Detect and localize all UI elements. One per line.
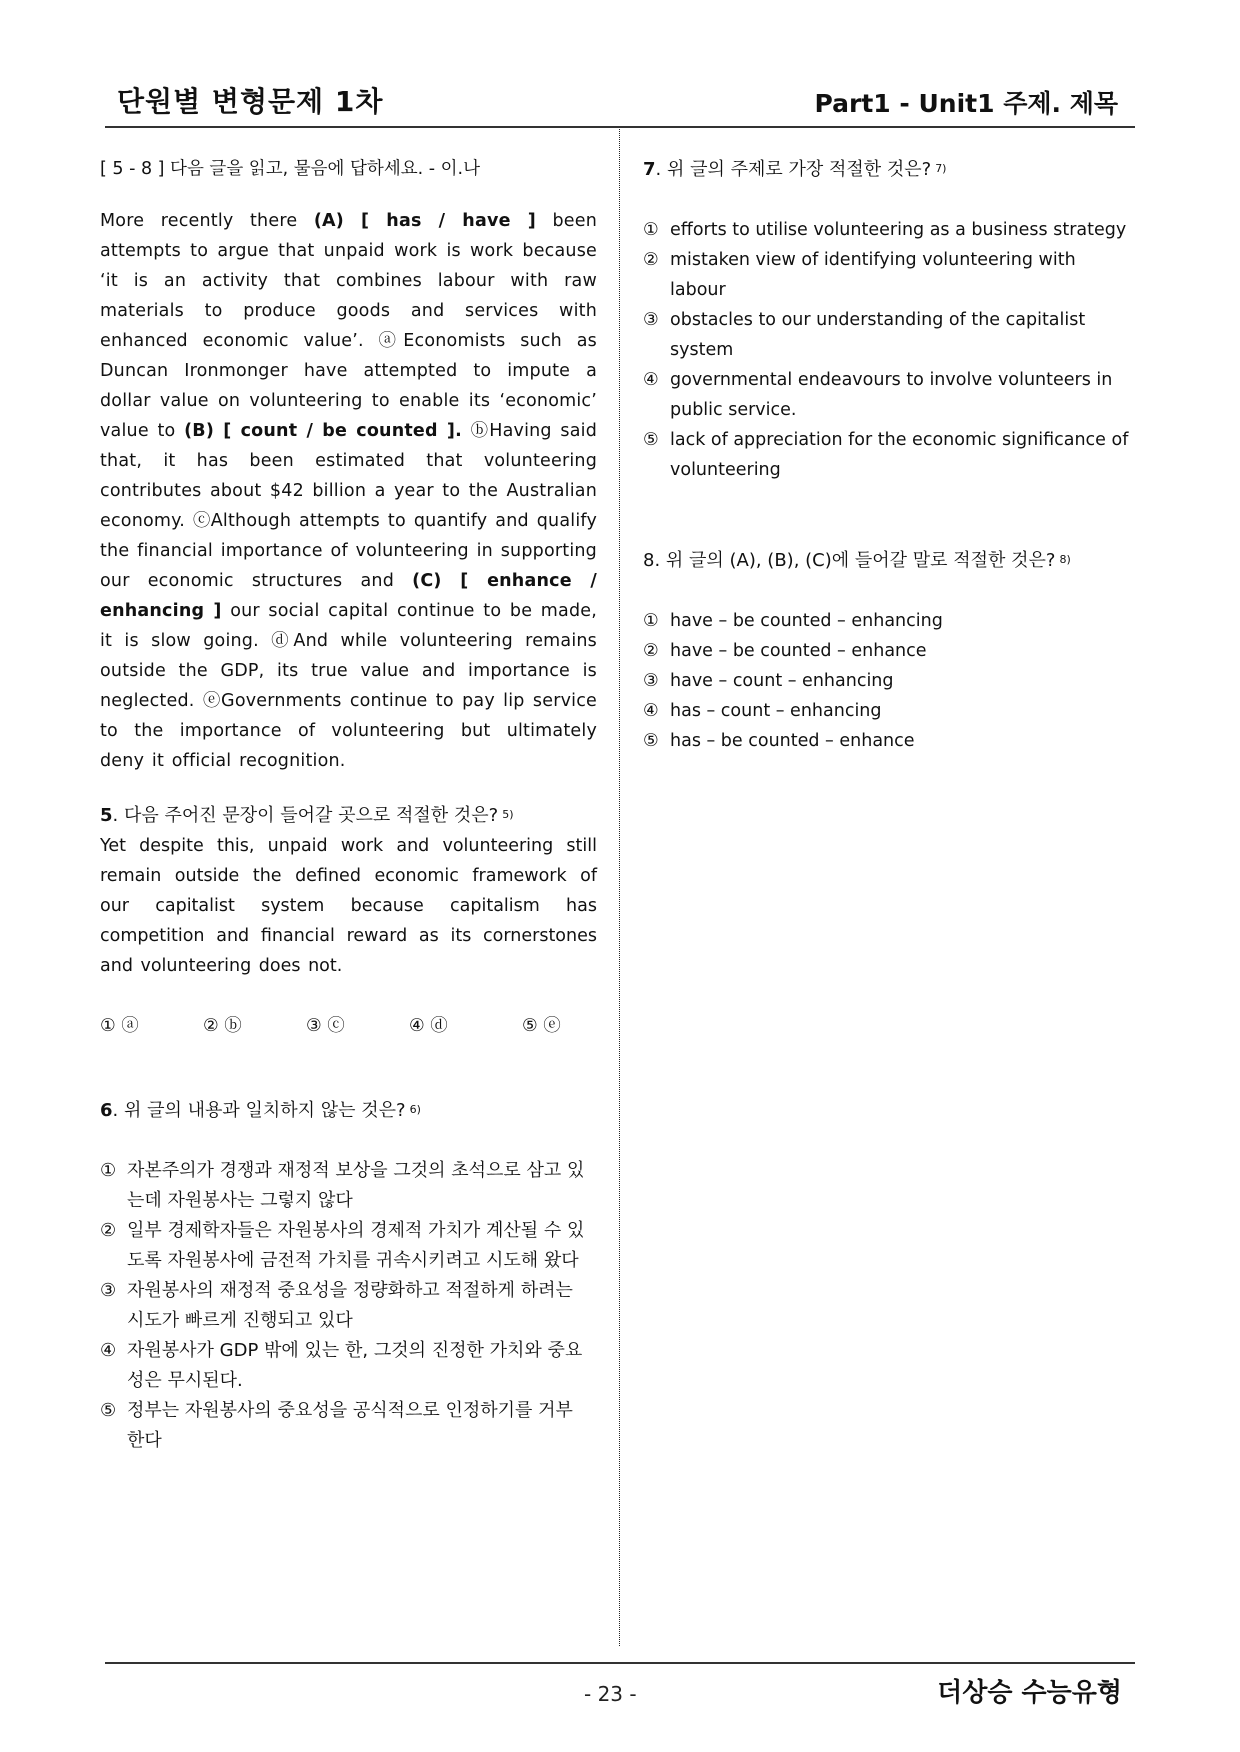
passage-text: our social capital continue to be made, … <box>100 601 597 771</box>
question-number: 7 <box>643 159 656 180</box>
option-number: ④ <box>100 1336 127 1396</box>
right-column: 7. 위 글의 주제로 가장 적절한 것은?7) ①efforts to uti… <box>643 154 1138 756</box>
question-7: 7. 위 글의 주제로 가장 적절한 것은?7) ①efforts to uti… <box>643 154 1138 485</box>
option-text: 일부 경제학자들은 자원봉사의 경제적 가치가 계산될 수 있도록 자원봉사에 … <box>127 1216 590 1276</box>
option-1[interactable]: ①efforts to utilise volunteering as a bu… <box>643 215 1138 245</box>
option-number: ④ <box>643 365 670 425</box>
footnote-marker: 7) <box>935 162 946 175</box>
question-5: 5. 다음 주어진 문장이 들어갈 곳으로 적절한 것은?5) Yet desp… <box>100 800 597 1041</box>
passage-text: More recently there <box>100 211 314 231</box>
footnote-marker: 8) <box>1059 553 1070 566</box>
blank-a: (A) [ has / have ] <box>314 211 536 231</box>
question-number: 8 <box>643 550 654 571</box>
publisher-brand: 더상승 수능유형 <box>937 1672 1122 1709</box>
option-4[interactable]: ④governmental endeavours to involve volu… <box>643 365 1138 425</box>
option-2[interactable]: ②일부 경제학자들은 자원봉사의 경제적 가치가 계산될 수 있도록 자원봉사에… <box>100 1216 590 1276</box>
option-number: ① <box>100 1156 127 1216</box>
answer-options: ①have – be counted – enhancing ②have – b… <box>643 606 1138 756</box>
document-title: 단원별 변형문제 1차 <box>117 80 383 120</box>
option-5[interactable]: ⑤lack of appreciation for the economic s… <box>643 425 1138 485</box>
option-number: ③ <box>643 305 670 365</box>
option-4[interactable]: ④ ⓓ <box>409 1011 522 1041</box>
blank-b: (B) [ count / be counted ]. <box>184 421 462 441</box>
question-prompt: 6. 위 글의 내용과 일치하지 않는 것은?6) <box>100 1095 597 1126</box>
question-text: . 다음 주어진 문장이 들어갈 곳으로 적절한 것은? <box>113 805 499 826</box>
option-number: ⑤ <box>643 726 670 756</box>
option-number: ④ <box>643 696 670 726</box>
answer-options: ①efforts to utilise volunteering as a bu… <box>643 215 1138 485</box>
header-rule <box>105 126 1135 128</box>
option-text: has – be counted – enhance <box>670 726 1138 756</box>
option-5[interactable]: ⑤ ⓔ <box>522 1011 561 1041</box>
option-text: obstacles to our understanding of the ca… <box>670 305 1110 365</box>
option-number: ① <box>643 215 670 245</box>
question-6: 6. 위 글의 내용과 일치하지 않는 것은?6) ①자본주의가 경쟁과 재정적… <box>100 1095 597 1456</box>
question-prompt: 5. 다음 주어진 문장이 들어갈 곳으로 적절한 것은?5) <box>100 800 597 831</box>
option-4[interactable]: ④자원봉사가 GDP 밖에 있는 한, 그것의 진정한 가치와 중요성은 무시된… <box>100 1336 590 1396</box>
option-3[interactable]: ③obstacles to our understanding of the c… <box>643 305 1138 365</box>
option-number: ⑤ <box>643 425 670 485</box>
option-5[interactable]: ⑤정부는 자원봉사의 중요성을 공식적으로 인정하기를 거부한다 <box>100 1396 590 1456</box>
option-5[interactable]: ⑤has – be counted – enhance <box>643 726 1138 756</box>
question-prompt: 8. 위 글의 (A), (B), (C)에 들어갈 말로 적절한 것은?8) <box>643 545 1138 576</box>
instruction: [ 5 - 8 ] 다음 글을 읽고, 물음에 답하세요. - 이.나 <box>100 154 597 184</box>
option-2[interactable]: ②have – be counted – enhance <box>643 636 1138 666</box>
option-text: has – count – enhancing <box>670 696 1138 726</box>
option-4[interactable]: ④has – count – enhancing <box>643 696 1138 726</box>
footnote-marker: 5) <box>502 808 513 821</box>
question-number: 6 <box>100 1100 113 1121</box>
option-text: 자본주의가 경쟁과 재정적 보상을 그것의 초석으로 삼고 있는데 자원봉사는 … <box>127 1156 590 1216</box>
option-3[interactable]: ③ ⓒ <box>306 1011 409 1041</box>
question-8: 8. 위 글의 (A), (B), (C)에 들어갈 말로 적절한 것은?8) … <box>643 545 1138 756</box>
option-text: 자원봉사의 재정적 중요성을 정량화하고 적절하게 하려는 시도가 빠르게 진행… <box>127 1276 590 1336</box>
option-text: lack of appreciation for the economic si… <box>670 425 1130 485</box>
option-text: 자원봉사가 GDP 밖에 있는 한, 그것의 진정한 가치와 중요성은 무시된다… <box>127 1336 590 1396</box>
answer-options: ①자본주의가 경쟁과 재정적 보상을 그것의 초석으로 삼고 있는데 자원봉사는… <box>100 1156 590 1456</box>
option-number: ③ <box>643 666 670 696</box>
option-1[interactable]: ① ⓐ <box>100 1011 203 1041</box>
section-title: Part1 - Unit1 주제. 제목 <box>815 84 1119 120</box>
option-3[interactable]: ③have – count – enhancing <box>643 666 1138 696</box>
option-number: ① <box>643 606 670 636</box>
option-2[interactable]: ② ⓑ <box>203 1011 306 1041</box>
option-2[interactable]: ②mistaken view of identifying volunteeri… <box>643 245 1138 305</box>
answer-options: ① ⓐ ② ⓑ ③ ⓒ ④ ⓓ ⑤ ⓔ <box>100 1011 597 1041</box>
question-number: 5 <box>100 805 113 826</box>
option-number: ② <box>100 1216 127 1276</box>
option-text: 정부는 자원봉사의 중요성을 공식적으로 인정하기를 거부한다 <box>127 1396 590 1456</box>
column-divider <box>619 129 620 1646</box>
given-sentence: Yet despite this, unpaid work and volunt… <box>100 831 597 981</box>
footer-rule <box>105 1662 1135 1664</box>
option-number: ⑤ <box>100 1396 127 1456</box>
option-text: have – count – enhancing <box>670 666 1138 696</box>
question-text: . 위 글의 주제로 가장 적절한 것은? <box>656 159 932 180</box>
option-1[interactable]: ①자본주의가 경쟁과 재정적 보상을 그것의 초석으로 삼고 있는데 자원봉사는… <box>100 1156 590 1216</box>
option-number: ② <box>643 636 670 666</box>
question-prompt: 7. 위 글의 주제로 가장 적절한 것은?7) <box>643 154 1138 185</box>
option-text: efforts to utilise volunteering as a bus… <box>670 215 1138 245</box>
question-text: . 위 글의 (A), (B), (C)에 들어갈 말로 적절한 것은? <box>654 550 1055 571</box>
option-1[interactable]: ①have – be counted – enhancing <box>643 606 1138 636</box>
reading-passage: More recently there (A) [ has / have ] b… <box>100 206 597 776</box>
question-text: . 위 글의 내용과 일치하지 않는 것은? <box>113 1100 406 1121</box>
option-number: ② <box>643 245 670 305</box>
option-text: mistaken view of identifying volunteerin… <box>670 245 1100 305</box>
left-column: [ 5 - 8 ] 다음 글을 읽고, 물음에 답하세요. - 이.나 More… <box>100 154 597 1456</box>
page-number: - 23 - <box>584 1682 637 1706</box>
option-number: ③ <box>100 1276 127 1336</box>
footnote-marker: 6) <box>410 1103 421 1116</box>
passage-text: been attempts to argue that unpaid work … <box>100 211 597 441</box>
option-text: have – be counted – enhancing <box>670 606 1138 636</box>
option-text: have – be counted – enhance <box>670 636 1138 666</box>
passage-text: ⓑHaving said that, it has been estimated… <box>100 421 597 591</box>
option-3[interactable]: ③자원봉사의 재정적 중요성을 정량화하고 적절하게 하려는 시도가 빠르게 진… <box>100 1276 590 1336</box>
option-text: governmental endeavours to involve volun… <box>670 365 1120 425</box>
